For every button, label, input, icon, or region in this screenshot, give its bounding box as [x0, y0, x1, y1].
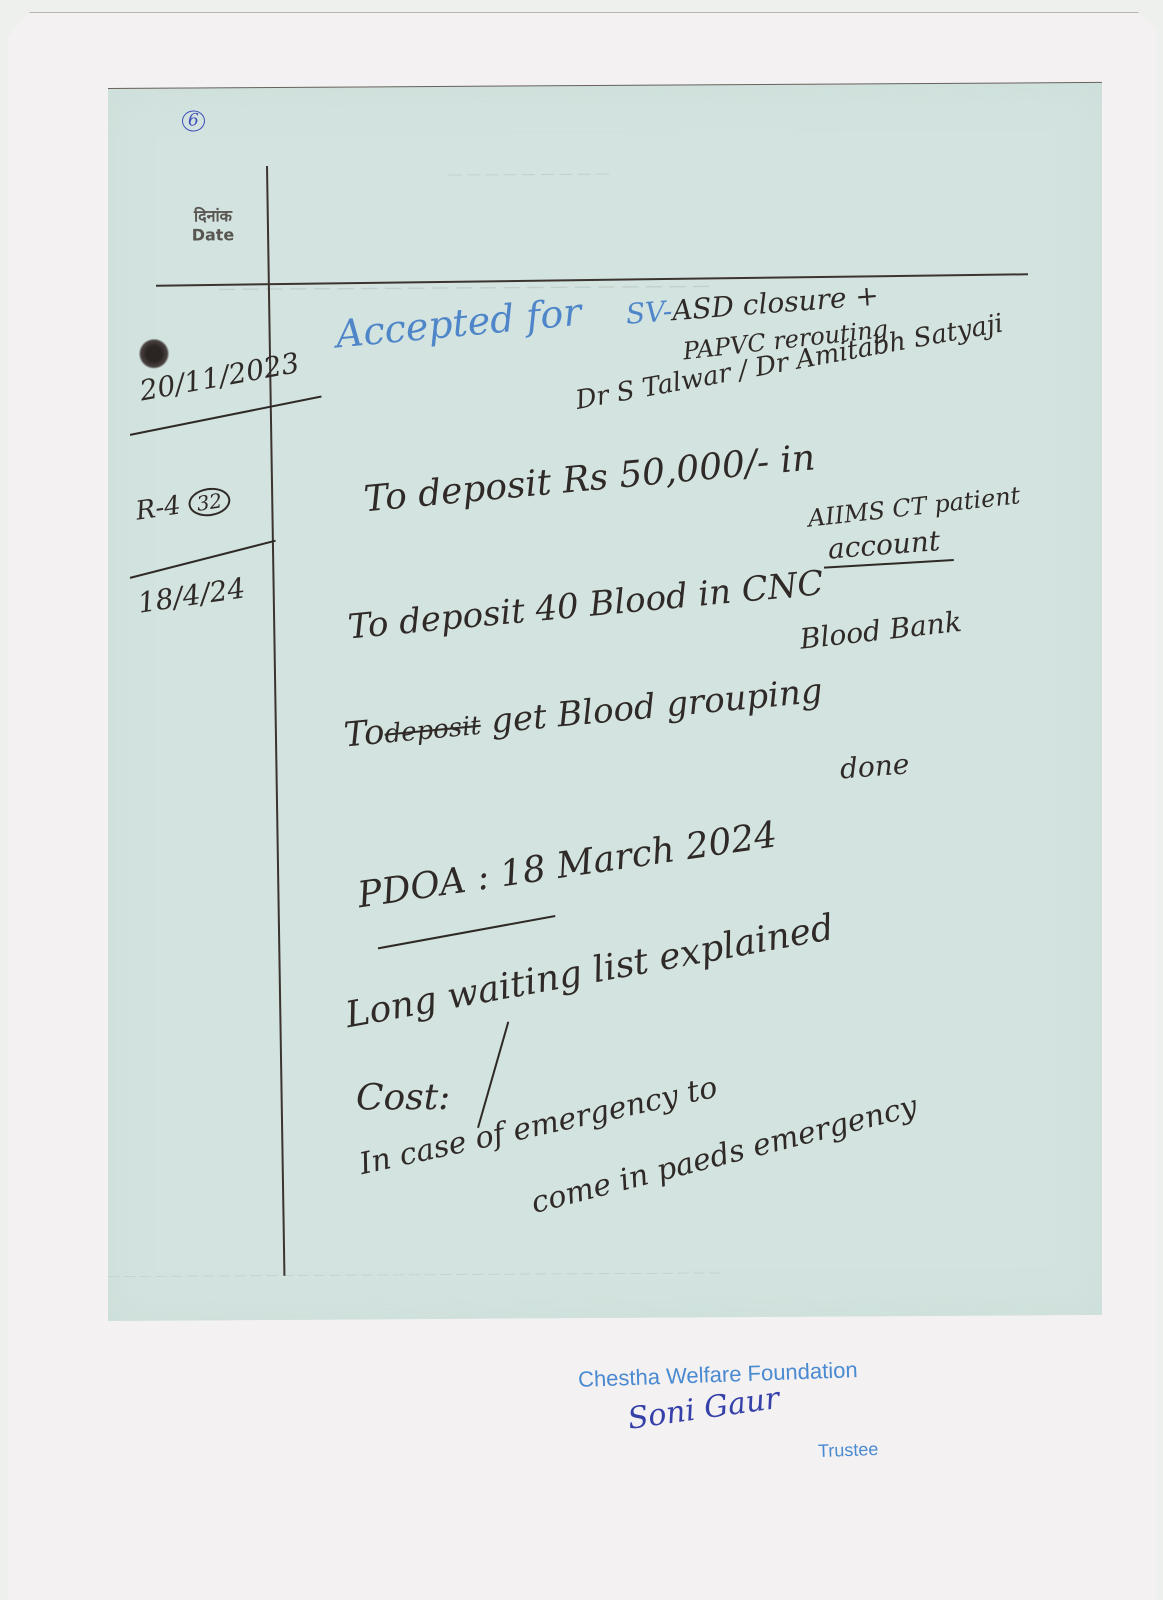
date-column-header: दिनांक Date: [158, 206, 268, 245]
date-label-hindi: दिनांक: [158, 206, 268, 226]
entry-2-divider: [130, 540, 276, 579]
entry-2-waiting-list: Long waiting list explained: [342, 907, 836, 1036]
date-label-english: Date: [158, 225, 268, 245]
stamp-role: Trustee: [818, 1439, 879, 1462]
column-divider: [266, 166, 285, 1276]
entry-2-deposit-amount: To deposit Rs 50,000/- in: [362, 437, 817, 520]
entry-2-blood-grouping: Todeposit get Blood grouping: [342, 671, 824, 756]
entry-2-blood-deposit: To deposit 40 Blood in CNC: [346, 563, 825, 647]
ref-number-circle: 32: [187, 485, 232, 519]
entry-2-account: account: [827, 524, 941, 565]
cost-slash: [477, 1022, 509, 1128]
page-marker: 6: [182, 110, 205, 131]
entry-2-ref: R-4 32: [134, 483, 232, 526]
entry-2-done: done: [839, 747, 911, 785]
pdoa-underline: [378, 915, 556, 949]
scribbled-out-mark: [138, 339, 170, 369]
entry-2-account-name: AIIMS CT patient: [807, 481, 1022, 532]
prescription-slip: — — — — — — — — — — — — — — — — — — — — …: [108, 82, 1102, 1321]
entry-2-date: 18/4/24: [136, 571, 247, 619]
entry-2-pdoa: PDOA : 18 March 2024: [355, 814, 779, 916]
entry-2-cost: Cost:: [356, 1077, 450, 1119]
entry-2-blood-bank: Blood Bank: [798, 605, 963, 656]
entry-1-accepted-for: Accepted for: [334, 290, 583, 357]
struck-word: deposit: [383, 711, 482, 750]
